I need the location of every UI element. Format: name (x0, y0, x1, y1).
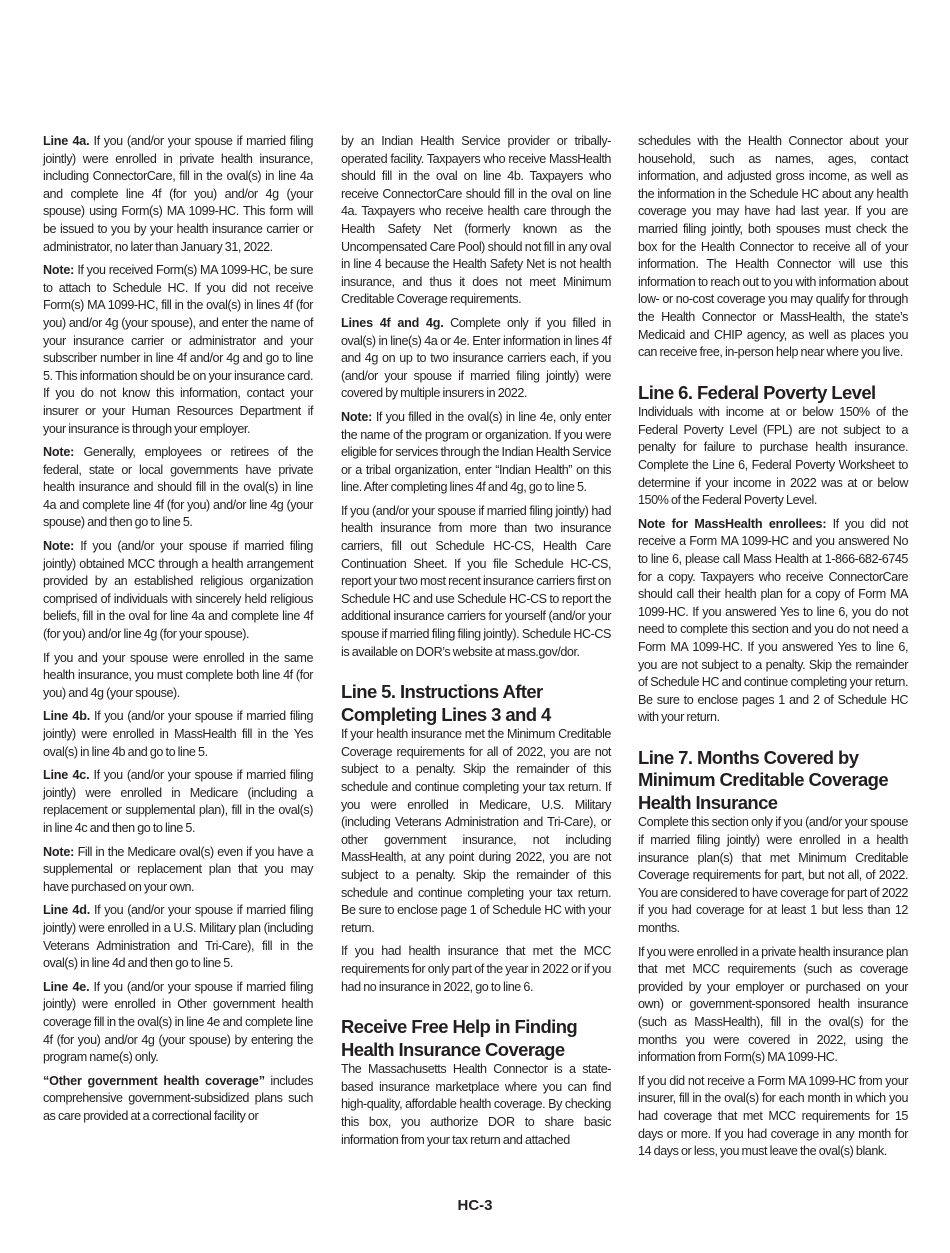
spacer (638, 733, 908, 747)
column-3: schedules with the Health Connector abou… (638, 133, 908, 1167)
para-text: If you were enrolled in a private health… (638, 945, 908, 1065)
para-line-7-no-1099: If you did not receive a Form MA 1099-HC… (638, 1073, 908, 1161)
para-line-4d: Line 4d. If you (and/or your spouse if m… (43, 902, 313, 972)
para-text: Individuals with income at or below 150%… (638, 405, 908, 507)
para-line-4e: Line 4e. If you (and/or your spouse if m… (43, 979, 313, 1067)
lead-label: Note: (341, 410, 372, 424)
heading-line-5: Line 5. Instructions After Completing Li… (341, 681, 611, 726)
para-line-5-full-year: If your health insurance met the Minimum… (341, 726, 611, 937)
lead-label: Lines 4f and 4g. (341, 316, 444, 330)
para-line-7-intro: Complete this section only if you (and/o… (638, 814, 908, 937)
heading-line-7: Line 7. Months Covered by Minimum Credit… (638, 747, 908, 815)
lead-label: Line 4d. (43, 903, 90, 917)
column-2: by an Indian Health Service provider or … (341, 133, 611, 1155)
para-text: If you (and/or your spouse if married fi… (341, 504, 611, 659)
para-text: If you did not receive a Form MA 1099-HC… (638, 517, 908, 725)
lead-label: Line 4b. (43, 709, 90, 723)
para-lines-4f-4g: Lines 4f and 4g. Complete only if you fi… (341, 315, 611, 403)
para-text: If you (and/or your spouse if married fi… (43, 539, 313, 641)
para-text: schedules with the Health Connector abou… (638, 134, 908, 359)
lead-label: Note for MassHealth enrollees: (638, 517, 826, 531)
para-text: If your health insurance met the Minimum… (341, 727, 611, 935)
para-hc-cs: If you (and/or your spouse if married fi… (341, 503, 611, 661)
para-same-insurance: If you and your spouse were enrolled in … (43, 650, 313, 703)
para-note-1099hc: Note: If you received Form(s) MA 1099-HC… (43, 262, 313, 438)
para-text: If you filled in the oval(s) in line 4e,… (341, 410, 611, 494)
para-other-government: “Other government health coverage” inclu… (43, 1073, 313, 1126)
page-number: HC-3 (0, 1197, 950, 1214)
para-indian-health: by an Indian Health Service provider or … (341, 133, 611, 309)
spacer (638, 368, 908, 382)
para-text: If you and your spouse were enrolled in … (43, 651, 313, 700)
para-text: Generally, employees or retirees of the … (43, 445, 313, 529)
para-text: Complete this section only if you (and/o… (638, 815, 908, 935)
spacer (341, 1002, 611, 1016)
para-text: by an Indian Health Service provider or … (341, 134, 611, 306)
para-text: If you received Form(s) MA 1099-HC, be s… (43, 263, 313, 435)
lead-label: Note: (43, 539, 74, 553)
para-note-religious: Note: If you (and/or your spouse if marr… (43, 538, 313, 644)
para-text: If you did not receive a Form MA 1099-HC… (638, 1074, 908, 1158)
para-health-connector-cont: schedules with the Health Connector abou… (638, 133, 908, 362)
para-health-connector: The Massachusetts Health Connector is a … (341, 1061, 611, 1149)
lead-label: Note: (43, 445, 74, 459)
para-note-line-4e: Note: If you filled in the oval(s) in li… (341, 409, 611, 497)
para-note-masshealth: Note for MassHealth enrollees: If you di… (638, 516, 908, 727)
para-line-5-part-year: If you had health insurance that met the… (341, 943, 611, 996)
heading-line-6: Line 6. Federal Poverty Level (638, 382, 908, 405)
lead-label: Note: (43, 263, 74, 277)
lead-label: Line 4c. (43, 768, 89, 782)
para-text: If you had health insurance that met the… (341, 944, 611, 993)
para-line-7-private: If you were enrolled in a private health… (638, 944, 908, 1067)
para-line-4b: Line 4b. If you (and/or your spouse if m… (43, 708, 313, 761)
para-note-government-employees: Note: Generally, employees or retirees o… (43, 444, 313, 532)
lead-label: “Other government health coverage” (43, 1074, 265, 1088)
para-text: The Massachusetts Health Connector is a … (341, 1062, 611, 1146)
lead-label: Line 4e. (43, 980, 89, 994)
column-1: Line 4a. If you (and/or your spouse if m… (43, 133, 313, 1131)
para-text: If you (and/or your spouse if married fi… (43, 134, 313, 254)
para-text: Fill in the Medicare oval(s) even if you… (43, 845, 313, 894)
heading-free-help: Receive Free Help in Finding Health Insu… (341, 1016, 611, 1061)
para-line-4a: Line 4a. If you (and/or your spouse if m… (43, 133, 313, 256)
lead-label: Line 4a. (43, 134, 89, 148)
spacer (341, 667, 611, 681)
para-note-medicare: Note: Fill in the Medicare oval(s) even … (43, 844, 313, 897)
para-fpl: Individuals with income at or below 150%… (638, 404, 908, 510)
lead-label: Note: (43, 845, 74, 859)
para-line-4c: Line 4c. If you (and/or your spouse if m… (43, 767, 313, 837)
